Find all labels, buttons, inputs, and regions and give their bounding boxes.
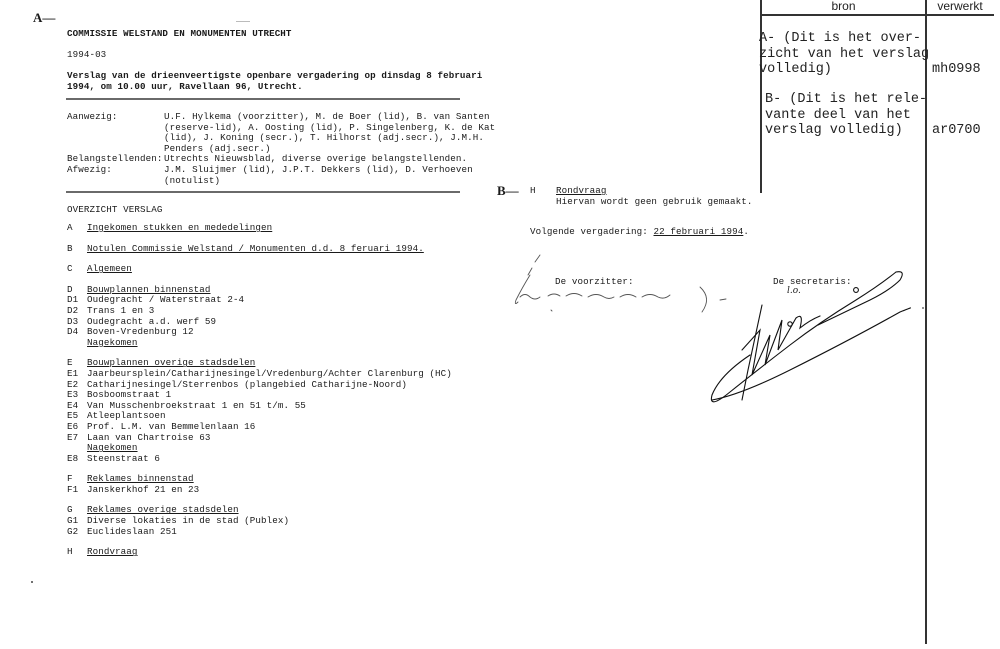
column-header-verwerkt: verwerkt	[927, 0, 993, 13]
processed-entry-b: ar0700	[932, 123, 981, 139]
chair-signature-icon	[515, 255, 726, 312]
column-header-bron: bron	[762, 0, 925, 13]
table-header-rule	[760, 14, 994, 16]
secretary-signature-icon	[711, 272, 910, 402]
scan-speck	[922, 307, 924, 309]
source-entry-a: A- (Dit is het over- zicht van het versl…	[759, 31, 929, 78]
table-left-border	[760, 0, 762, 193]
processed-entry-a: mh0998	[932, 62, 981, 78]
source-entry-b: B- (Dit is het rele- vante deel van het …	[765, 92, 927, 139]
